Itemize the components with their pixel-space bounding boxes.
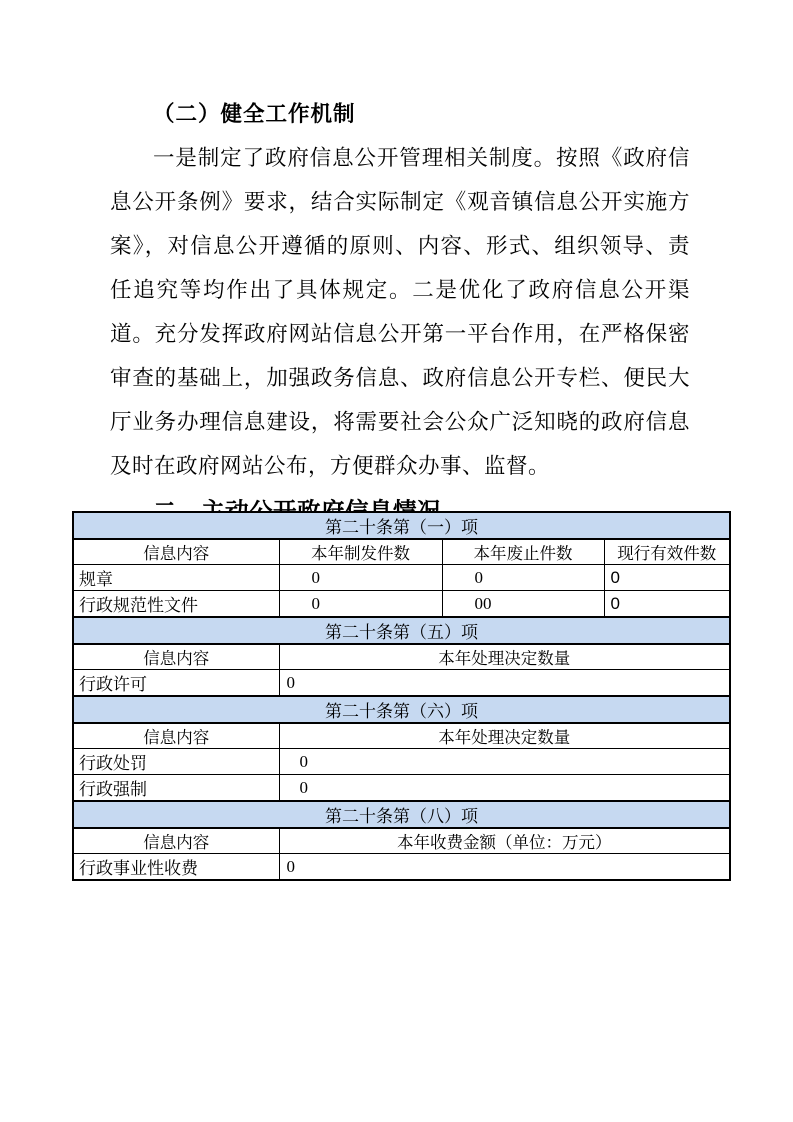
column-header: 现行有效件数 <box>604 539 730 565</box>
document-page: （二）健全工作机制 一是制定了政府信息公开管理相关制度。按照《政府信息公开条例》… <box>0 0 793 1122</box>
section-title: 第二十条第（一）项 <box>73 512 730 539</box>
row-label: 行政规范性文件 <box>73 591 279 618</box>
section-title-row: 第二十条第（八）项 <box>73 801 730 828</box>
body-paragraph: 一是制定了政府信息公开管理相关制度。按照《政府信息公开条例》要求，结合实际制定《… <box>110 136 690 488</box>
section-title-row: 第二十条第（一）项 <box>73 512 730 539</box>
column-header-row: 信息内容 本年处理决定数量 <box>73 723 730 749</box>
cell-value: 0 <box>279 854 730 881</box>
table-row: 行政事业性收费 0 <box>73 854 730 881</box>
cell-value: 0 <box>279 591 442 618</box>
section-title-row: 第二十条第（六）项 <box>73 696 730 723</box>
cell-value: 0 <box>442 565 604 591</box>
column-header-row: 信息内容 本年收费金额（单位：万元） <box>73 828 730 854</box>
column-header: 本年处理决定数量 <box>279 723 730 749</box>
table-row: 行政处罚 0 <box>73 749 730 775</box>
column-header: 本年制发件数 <box>279 539 442 565</box>
cell-value: 0 <box>279 749 730 775</box>
table-row: 规章 0 0 0 <box>73 565 730 591</box>
table-row: 行政规范性文件 0 00 0 <box>73 591 730 618</box>
column-header: 本年收费金额（单位：万元） <box>279 828 730 854</box>
sub-heading: （二）健全工作机制 <box>110 92 690 136</box>
section-title-row: 第二十条第（五）项 <box>73 617 730 644</box>
row-label: 行政许可 <box>73 670 279 697</box>
section-title: 第二十条第（五）项 <box>73 617 730 644</box>
cell-value: 0 <box>604 591 730 618</box>
column-header: 信息内容 <box>73 723 279 749</box>
column-header: 信息内容 <box>73 828 279 854</box>
row-label: 规章 <box>73 565 279 591</box>
column-header: 信息内容 <box>73 644 279 670</box>
column-header: 信息内容 <box>73 539 279 565</box>
cell-value: 0 <box>279 565 442 591</box>
disclosure-table: 第二十条第（一）项 信息内容 本年制发件数 本年废止件数 现行有效件数 规章 0… <box>72 511 731 881</box>
text-block: （二）健全工作机制 一是制定了政府信息公开管理相关制度。按照《政府信息公开条例》… <box>110 92 690 526</box>
table-row: 行政许可 0 <box>73 670 730 697</box>
row-label: 行政事业性收费 <box>73 854 279 881</box>
cell-value: 0 <box>604 565 730 591</box>
cell-value: 0 <box>279 775 730 802</box>
column-header: 本年处理决定数量 <box>279 644 730 670</box>
cell-value: 0 <box>279 670 730 697</box>
column-header: 本年废止件数 <box>442 539 604 565</box>
section-title: 第二十条第（八）项 <box>73 801 730 828</box>
column-header-row: 信息内容 本年处理决定数量 <box>73 644 730 670</box>
row-label: 行政强制 <box>73 775 279 802</box>
column-header-row: 信息内容 本年制发件数 本年废止件数 现行有效件数 <box>73 539 730 565</box>
row-label: 行政处罚 <box>73 749 279 775</box>
table-row: 行政强制 0 <box>73 775 730 802</box>
section-title: 第二十条第（六）项 <box>73 696 730 723</box>
cell-value: 00 <box>442 591 604 618</box>
